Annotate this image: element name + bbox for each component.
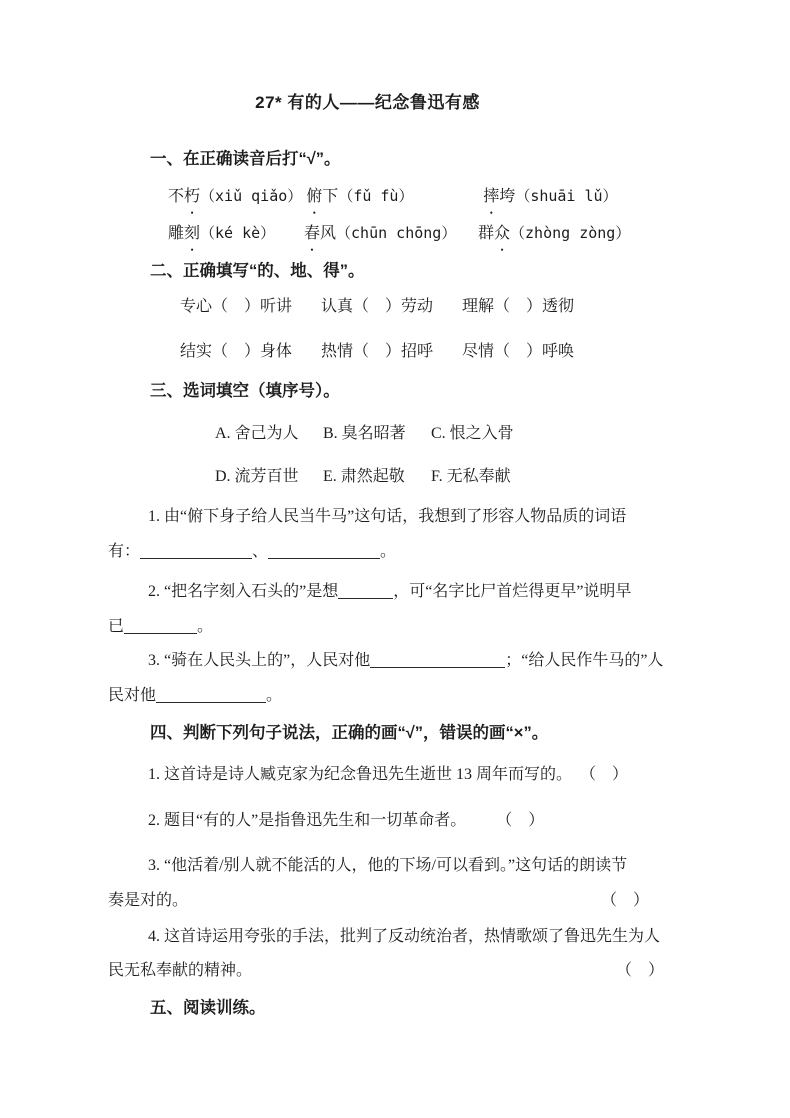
s4-q2: 2. 题目“有的人”是指鲁迅先生和一切革命者。（ ） — [148, 810, 544, 832]
worksheet-page: 27* 有的人——纪念鲁迅有感 一、在正确读音后打“√”。 不朽（xiǔ qiǎ… — [0, 0, 790, 1118]
fill-de-item: 热情（ ）招呼 — [321, 341, 458, 363]
answer-blank — [338, 583, 393, 599]
judgment-bracket: （ ） — [496, 812, 544, 829]
pinyin-text: （fǔ fù） — [338, 187, 413, 205]
answer-blank — [370, 652, 505, 668]
fill-de-item: 结实（ ）身体 — [180, 341, 317, 363]
answer-blank — [124, 618, 197, 634]
pinyin-word-chunfeng: 春风（chūn chōng） — [304, 222, 474, 245]
answer-blank — [156, 687, 266, 703]
s4-q1: 1. 这首诗是诗人臧克家为纪念鲁迅先生逝世 13 周年而写的。（ ） — [148, 764, 628, 786]
pinyin-word-diaoke: 雕刻（ké kè） — [168, 222, 300, 245]
s3-q2-line1: 2. “把名字刻入石头的”是想，可“名字比尸首烂得更早”说明早 — [148, 581, 631, 603]
s3-q1-line1: 1. 由“俯下身子给人民当牛马”这句话，我想到了形容人物品质的词语 — [148, 506, 626, 528]
word-option-a: A. 舍己为人 — [215, 423, 319, 445]
word-option-e: E. 肃然起敬 — [323, 466, 427, 488]
s3-q3-line1: 3. “骑在人民头上的”，人民对他；“给人民作牛马的”人 — [148, 650, 663, 672]
word-option-f: F. 无私奉献 — [431, 468, 511, 485]
word-options-row-1: A. 舍己为人 B. 臭名昭著 C. 恨之入骨 — [215, 423, 514, 445]
section-4-heading: 四、判断下列句子说法，正确的画“√”，错误的画“×”。 — [150, 722, 548, 744]
answer-blank — [140, 543, 252, 559]
answer-blank — [268, 543, 380, 559]
emphasis-dot-char: 刻 — [184, 223, 200, 245]
fill-de-row-2: 结实（ ）身体 热情（ ）招呼 尽情（ ）呼唤 — [180, 341, 574, 363]
word-option-b: B. 臭名昭著 — [323, 423, 427, 445]
pinyin-row-1: 不朽（xiǔ qiǎo） 俯下（fǔ fù） 摔垮（shuāi lǔ） — [168, 185, 618, 208]
pinyin-text: （shuāi lǔ） — [515, 187, 617, 205]
section-1-heading: 一、在正确读音后打“√”。 — [150, 148, 341, 170]
emphasis-dot-char: 俯 — [306, 186, 322, 208]
fill-de-row-1: 专心（ ）听讲 认真（ ）劳动 理解（ ）透彻 — [180, 296, 574, 318]
emphasis-dot-char: 众 — [494, 223, 510, 245]
fill-de-item: 尽情（ ）呼唤 — [462, 343, 574, 360]
fill-de-item: 认真（ ）劳动 — [321, 296, 458, 318]
s4-q3-line2: 奏是对的。 （ ） — [108, 890, 690, 912]
s4-q3-line1: 3. “他活着/别人就不能活的人，他的下场/可以看到。”这句话的朗读节 — [148, 855, 627, 877]
judgment-bracket: （ ） — [616, 960, 664, 982]
pinyin-row-2: 雕刻（ké kè） 春风（chūn chōng） 群众（zhòng zòng） — [168, 222, 630, 245]
worksheet-title: 27* 有的人——纪念鲁迅有感 — [0, 88, 735, 113]
word-option-d: D. 流芳百世 — [215, 466, 319, 488]
section-5-heading: 五、阅读训练。 — [150, 997, 266, 1019]
pinyin-text: （chūn chōng） — [336, 224, 456, 242]
s3-q3-line2: 民对他。 — [108, 685, 282, 707]
judgment-bracket: （ ） — [601, 890, 649, 912]
word-options-row-2: D. 流芳百世 E. 肃然起敬 F. 无私奉献 — [215, 466, 511, 488]
pinyin-text: （xiǔ qiǎo） — [200, 187, 302, 205]
fill-de-item: 理解（ ）透彻 — [462, 298, 574, 315]
section-2-heading: 二、正确填写“的、地、得”。 — [150, 260, 365, 282]
pinyin-text: （ké kè） — [200, 224, 275, 242]
judgment-bracket: （ ） — [580, 766, 628, 783]
word-option-c: C. 恨之入骨 — [431, 425, 514, 442]
pinyin-text: （zhòng zòng） — [510, 224, 630, 242]
s4-q4-line1: 4. 这首诗运用夸张的手法，批判了反动统治者，热情歌颂了鲁迅先生为人 — [148, 926, 660, 948]
pinyin-word-fuxia: 俯下（fǔ fù） — [306, 185, 479, 208]
s4-q4-line2: 民无私奉献的精神。 （ ） — [108, 960, 690, 982]
emphasis-dot-char: 摔 — [483, 186, 499, 208]
section-3-heading: 三、选词填空（填序号）。 — [150, 380, 340, 402]
pinyin-word-shuaikua: 摔垮（shuāi lǔ） — [483, 185, 617, 208]
emphasis-dot-char: 朽 — [184, 186, 200, 208]
pinyin-word-buxiu: 不朽（xiǔ qiǎo） — [168, 185, 302, 208]
emphasis-dot-char: 春 — [304, 223, 320, 245]
s3-q1-line2: 有：、。 — [108, 541, 396, 563]
pinyin-word-qunzhong: 群众（zhòng zòng） — [478, 222, 630, 245]
fill-de-item: 专心（ ）听讲 — [180, 296, 317, 318]
s3-q2-line2: 已。 — [108, 616, 213, 638]
